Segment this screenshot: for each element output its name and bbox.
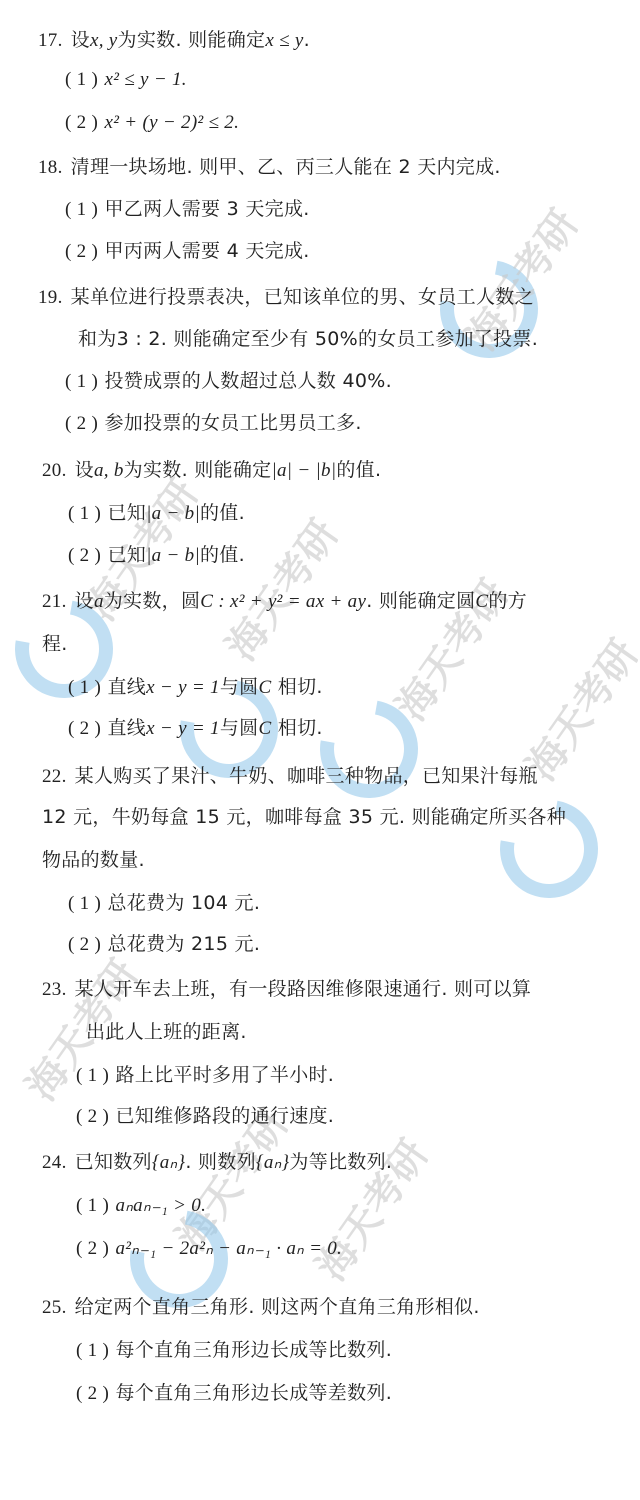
question-number: 17. bbox=[38, 30, 63, 51]
question-22-stem-cont-1: 12 元，牛奶每盒 15 元，咖啡每盒 35 元. 则能确定所买各种 bbox=[42, 805, 566, 829]
question-23-option-2: ( 2 ) 已知维修路段的通行速度. bbox=[76, 1104, 334, 1129]
question-20-option-2: ( 2 ) 已知|a − b|的值. bbox=[68, 543, 245, 568]
question-19-option-1: ( 1 ) 投赞成票的人数超过总人数 40%. bbox=[65, 369, 392, 394]
question-23-stem: 23.某人开车去上班，有一段路因维修限速通行. 则可以算 bbox=[42, 977, 531, 1002]
question-22-stem: 22.某人购买了果汁、牛奶、咖啡三种物品，已知果汁每瓶 bbox=[42, 764, 538, 789]
question-18-stem: 18.清理一块场地. 则甲、乙、丙三人能在 2 天内完成. bbox=[38, 155, 501, 180]
question-21-stem: 21.设a为实数，圆C : x² + y² = ax + ay. 则能确定圆C的… bbox=[42, 589, 527, 614]
question-25-option-1: ( 1 ) 每个直角三角形边长成等比数列. bbox=[76, 1338, 392, 1363]
watermark-logo-icon bbox=[301, 681, 437, 817]
question-22-option-2: ( 2 ) 总花费为 215 元. bbox=[68, 932, 260, 957]
question-24-stem: 24.已知数列{aₙ}. 则数列{aₙ}为等比数列. bbox=[42, 1150, 392, 1175]
question-21-stem-cont: 程. bbox=[42, 632, 68, 656]
question-23-stem-cont: 出此人上班的距离. bbox=[86, 1020, 247, 1044]
question-21-option-2: ( 2 ) 直线x − y = 1与圆C 相切. bbox=[68, 716, 323, 741]
question-25-stem: 25.给定两个直角三角形. 则这两个直角三角形相似. bbox=[42, 1295, 480, 1320]
question-17-stem: 17.设x, y为实数. 则能确定x ≤ y. bbox=[38, 28, 310, 53]
question-22-option-1: ( 1 ) 总花费为 104 元. bbox=[68, 891, 260, 916]
question-20-option-1: ( 1 ) 已知|a − b|的值. bbox=[68, 501, 245, 526]
question-21-option-1: ( 1 ) 直线x − y = 1与圆C 相切. bbox=[68, 675, 323, 700]
question-24-option-1: ( 1 ) aₙaₙ₋₁ > 0. bbox=[76, 1193, 206, 1218]
question-20-stem: 20.设a, b为实数. 则能确定|a| − |b|的值. bbox=[42, 458, 381, 483]
question-18-option-1: ( 1 ) 甲乙两人需要 3 天完成. bbox=[65, 197, 310, 222]
question-19-stem-cont: 和为3 : 2. 则能确定至少有 50%的女员工参加了投票. bbox=[78, 327, 538, 351]
question-17-option-2: ( 2 ) x² + (y − 2)² ≤ 2. bbox=[65, 110, 239, 135]
question-18-option-2: ( 2 ) 甲丙两人需要 4 天完成. bbox=[65, 239, 310, 264]
watermark-logo-icon bbox=[481, 781, 617, 917]
question-19-stem: 19.某单位进行投票表决，已知该单位的男、女员工人数之 bbox=[38, 285, 534, 310]
question-17-option-1: ( 1 ) x² ≤ y − 1. bbox=[65, 67, 187, 92]
question-23-option-1: ( 1 ) 路上比平时多用了半小时. bbox=[76, 1063, 334, 1088]
question-19-option-2: ( 2 ) 参加投票的女员工比男员工多. bbox=[65, 411, 362, 436]
question-22-stem-cont-2: 物品的数量. bbox=[42, 848, 145, 872]
question-24-option-2: ( 2 ) a²ₙ₋₁ − 2a²ₙ − aₙ₋₁ · aₙ = 0. bbox=[76, 1236, 342, 1261]
question-25-option-2: ( 2 ) 每个直角三角形边长成等差数列. bbox=[76, 1381, 392, 1406]
